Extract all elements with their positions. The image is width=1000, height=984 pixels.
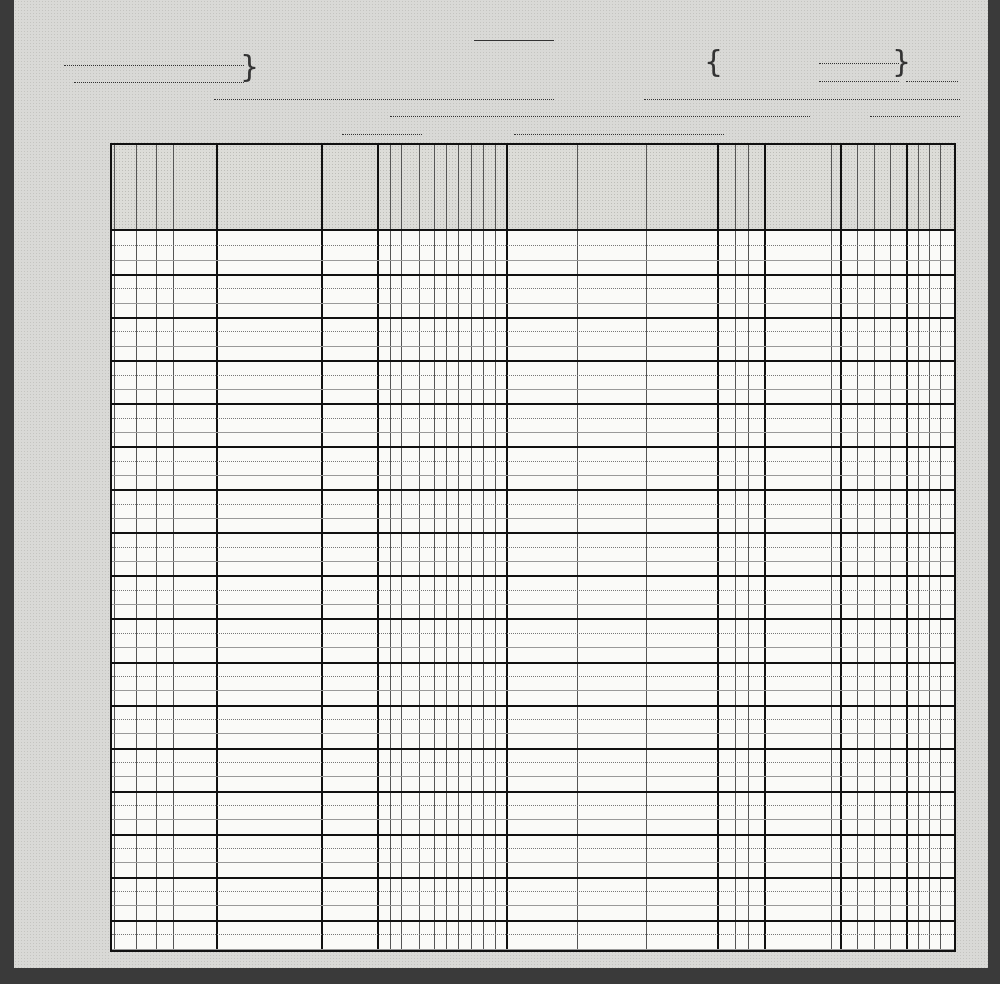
row-line bbox=[112, 805, 954, 806]
table-row bbox=[112, 346, 954, 360]
table-row bbox=[112, 389, 954, 403]
supervisor-line bbox=[819, 63, 899, 64]
row-line bbox=[112, 532, 954, 534]
table-row bbox=[112, 331, 954, 345]
row-line bbox=[112, 633, 954, 634]
header-in-cities bbox=[114, 159, 156, 167]
population-table bbox=[110, 143, 956, 952]
table-row bbox=[112, 432, 954, 446]
header-relation-desc bbox=[323, 183, 375, 201]
row-line bbox=[112, 489, 954, 491]
brace-right: } bbox=[892, 45, 911, 80]
row-line bbox=[112, 733, 954, 734]
table-row bbox=[112, 360, 954, 374]
header-nativity bbox=[506, 147, 717, 157]
header-name bbox=[216, 147, 321, 157]
vheader-liv bbox=[483, 173, 495, 215]
row-line bbox=[112, 461, 954, 462]
state-line bbox=[64, 65, 244, 66]
row-line bbox=[112, 705, 954, 707]
table-row bbox=[112, 231, 954, 245]
header-name-note1 bbox=[222, 183, 315, 195]
vheader-yrsm bbox=[458, 173, 471, 215]
header-birth-father bbox=[577, 185, 646, 197]
row-line bbox=[112, 475, 954, 476]
table-row bbox=[112, 418, 954, 432]
table-row bbox=[112, 274, 954, 288]
row-line bbox=[112, 762, 954, 763]
ward-line bbox=[870, 116, 960, 117]
vheader-farm bbox=[929, 173, 940, 215]
header-personal bbox=[377, 147, 507, 157]
header-location bbox=[114, 147, 216, 157]
vheader-munemp bbox=[831, 173, 840, 215]
vheader-write bbox=[874, 173, 890, 215]
vheader-street bbox=[114, 173, 136, 215]
sheet-line bbox=[906, 81, 958, 82]
table-row bbox=[112, 260, 954, 274]
row-line bbox=[112, 590, 954, 591]
header-month bbox=[401, 189, 420, 197]
vheader-eng bbox=[890, 173, 906, 215]
row-line bbox=[112, 504, 954, 505]
vheader-school bbox=[840, 173, 857, 215]
vheader-own bbox=[906, 173, 918, 215]
row-line bbox=[112, 518, 954, 519]
row-line bbox=[112, 690, 954, 691]
vheader-read bbox=[857, 173, 875, 215]
row-line bbox=[112, 891, 954, 892]
row-line bbox=[112, 719, 954, 720]
enumeration-line bbox=[819, 81, 899, 82]
vheader-immig bbox=[717, 173, 735, 215]
row-line bbox=[112, 905, 954, 906]
vheader-dwell bbox=[156, 173, 174, 215]
table-row bbox=[112, 288, 954, 302]
header-birth-mother bbox=[646, 185, 717, 197]
row-line bbox=[112, 834, 954, 836]
header-occupation-desc bbox=[764, 167, 840, 181]
header-occupation bbox=[764, 147, 840, 165]
title-rule bbox=[474, 40, 554, 41]
header-education bbox=[840, 147, 906, 157]
vheader-marital bbox=[446, 173, 458, 215]
row-line bbox=[112, 949, 954, 950]
row-line bbox=[112, 848, 954, 849]
vheader-house bbox=[136, 173, 155, 215]
header-name-note2 bbox=[222, 197, 315, 211]
vheader-sched bbox=[940, 173, 954, 215]
row-line bbox=[112, 618, 954, 620]
row-line bbox=[112, 791, 954, 793]
row-line bbox=[112, 676, 954, 677]
day-line bbox=[342, 134, 422, 135]
table-row bbox=[112, 245, 954, 259]
brace: } bbox=[240, 50, 259, 85]
vheader-moth bbox=[471, 173, 483, 215]
row-line bbox=[112, 877, 954, 879]
vheader-sex bbox=[390, 173, 401, 215]
header-occupation-sub bbox=[764, 197, 831, 205]
header-citizenship bbox=[717, 147, 764, 157]
township-line bbox=[214, 99, 554, 100]
brace-left: { bbox=[704, 45, 723, 80]
vheader-mort bbox=[918, 173, 929, 215]
row-line bbox=[112, 647, 954, 648]
header-year bbox=[419, 189, 434, 197]
table-row bbox=[112, 375, 954, 389]
city-line bbox=[390, 116, 810, 117]
enumerator-line bbox=[514, 134, 724, 135]
vheader-fam bbox=[173, 173, 216, 215]
vheader-age bbox=[434, 173, 446, 215]
row-line bbox=[112, 561, 954, 562]
table-row bbox=[112, 303, 954, 317]
row-line bbox=[112, 920, 954, 922]
row-line bbox=[112, 819, 954, 820]
vheader-yrsus bbox=[735, 173, 748, 215]
header-dob bbox=[401, 159, 434, 169]
row-line bbox=[112, 776, 954, 777]
header-ownership bbox=[906, 147, 954, 157]
row-line bbox=[112, 604, 954, 605]
vheader-color bbox=[377, 173, 390, 215]
row-line bbox=[112, 748, 954, 750]
row-line bbox=[112, 575, 954, 577]
row-line bbox=[112, 862, 954, 863]
table-row bbox=[112, 317, 954, 331]
row-line bbox=[112, 662, 954, 664]
header-birth-person bbox=[506, 185, 576, 197]
vheader-natur bbox=[748, 173, 765, 215]
row-line bbox=[112, 547, 954, 548]
institution-line bbox=[644, 99, 960, 100]
header-name-desc bbox=[220, 157, 317, 179]
table-row bbox=[112, 403, 954, 417]
row-line bbox=[112, 934, 954, 935]
row-line bbox=[112, 446, 954, 448]
header-relation bbox=[321, 147, 377, 157]
county-line bbox=[74, 82, 244, 83]
header-nativity-desc bbox=[510, 157, 713, 169]
